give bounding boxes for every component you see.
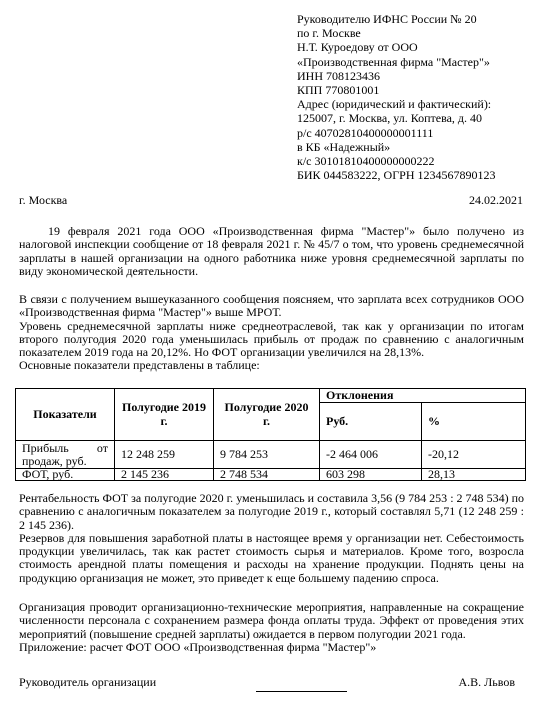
addressee-line: Н.Т. Куроедову от ООО [297, 40, 537, 54]
addressee-line: по г. Москве [297, 26, 537, 40]
header-2019: Полугодие 2019 г. [115, 389, 214, 441]
paragraph-measures: Организация проводит организационно-техн… [19, 601, 524, 654]
table-row: Прибыль от продаж, руб. 12 248 259 9 784… [16, 441, 526, 469]
paragraph-intro: 19 февраля 2021 года ООО «Производственн… [19, 225, 524, 278]
addressee-line: Адрес (юридический и фактический): [297, 97, 537, 111]
addressee-line: БИК 044583222, ОГРН 1234567890123 [297, 168, 537, 182]
signer-name: А.В. Львов [458, 676, 515, 689]
header-2020: Полугодие 2020 г. [214, 389, 320, 441]
addressee-line: Руководителю ИФНС России № 20 [297, 12, 537, 26]
addressee-line: 125007, г. Москва, ул. Коптева, д. 40 [297, 111, 537, 125]
place-date-line: г. Москва 24.02.2021 [19, 194, 523, 207]
header-deviation-rub: Руб. [320, 403, 422, 441]
indicators-table: Показатели Полугодие 2019 г. Полугодие 2… [15, 388, 526, 481]
addressee-line: «Производственная фирма "Мастер"» [297, 55, 537, 69]
header-deviation-pct: % [422, 403, 526, 441]
place: г. Москва [19, 194, 67, 207]
paragraph-explanation: В связи с получением вышеуказанного сооб… [19, 293, 524, 373]
addressee-line: р/с 40702810400000001111 [297, 126, 537, 140]
addressee-line: в КБ «Надежный» [297, 140, 537, 154]
date: 24.02.2021 [469, 194, 523, 207]
header-indicator: Показатели [16, 389, 115, 441]
signer-position: Руководитель организации [19, 676, 156, 689]
paragraph-profitability: Рентабельность ФОТ за полугодие 2020 г. … [19, 492, 524, 585]
header-deviations: Отклонения [320, 389, 526, 403]
addressee-line: ИНН 708123436 [297, 69, 537, 83]
signature-underline [256, 691, 347, 692]
addressee-line: к/с 30101810400000000222 [297, 154, 537, 168]
addressee-line: КПП 770801001 [297, 83, 537, 97]
table-row: ФОТ, руб. 2 145 236 2 748 534 603 298 28… [16, 469, 526, 481]
signature-line: Руководитель организации А.В. Львов [19, 676, 515, 689]
addressee-block: Руководителю ИФНС России № 20 по г. Моск… [297, 12, 537, 182]
